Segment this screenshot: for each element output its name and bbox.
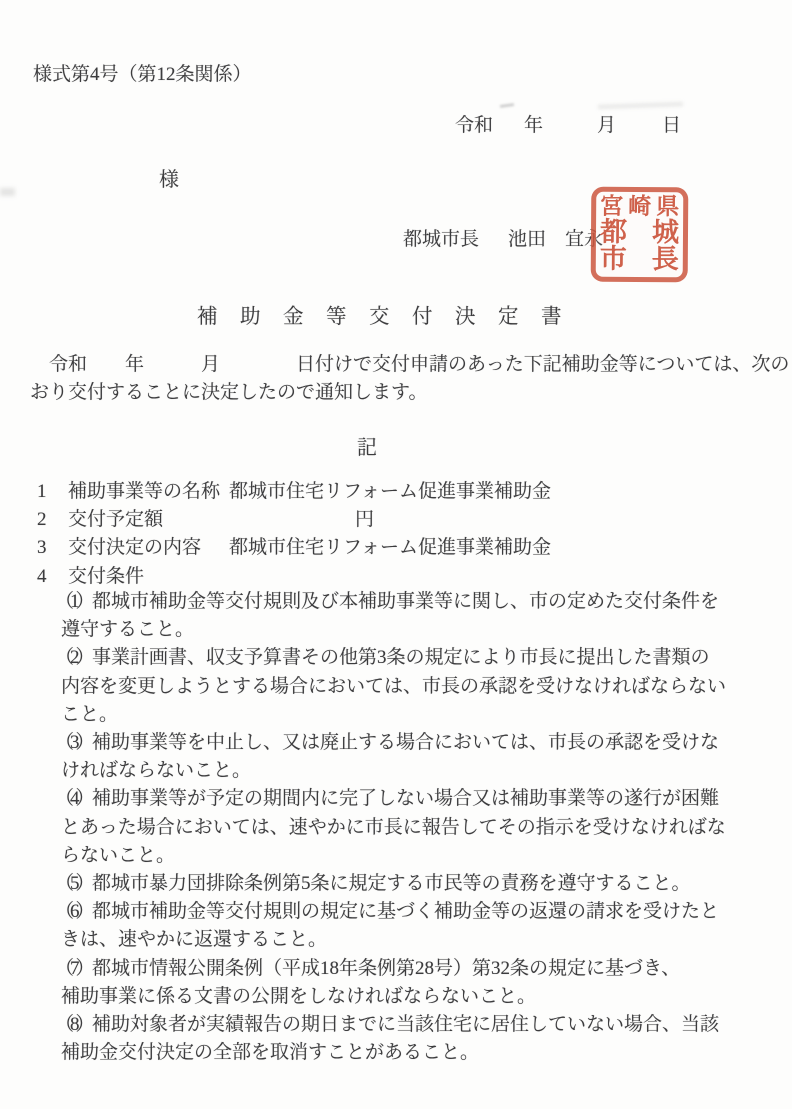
item-number: 3: [37, 534, 68, 562]
condition-line: 遵守すること。: [61, 619, 194, 640]
addressee-honorific: 様: [159, 163, 179, 192]
condition-number: （8）: [55, 1011, 92, 1039]
date-day-label: 日: [662, 110, 681, 137]
seal-row-prefecture: 宮崎県: [600, 195, 684, 219]
condition-line: 都城市暴力団排除条例第5条に規定する市民等の責務を遵守すること。: [92, 873, 691, 894]
date-line: 令和 年 月 日: [455, 110, 681, 137]
items-list: 1補助事業等の名称都城市住宅リフォーム促進事業補助金 2交付予定額円 3交付決定…: [37, 478, 551, 591]
condition-item: （6）都城市補助金等交付規則の規定に基づく補助金等の返還の請求を受けたと きは、…: [55, 898, 770, 954]
item-row-amount: 2交付予定額円: [37, 506, 551, 534]
scan-artifact: [598, 102, 683, 110]
sender-line: 都城市長 池田 宜永: [403, 224, 603, 251]
item-value: 都城市住宅リフォーム促進事業補助金: [229, 478, 551, 506]
item-number: 1: [37, 478, 68, 506]
condition-line: 補助対象者が実績報告の期日までに当該住宅に居住していない場合、当該: [92, 1014, 719, 1035]
seal-row-city: 都城: [600, 218, 704, 246]
scan-artifact: [0, 188, 15, 196]
condition-line: 都城市補助金等交付規則の規定に基づく補助金等の返還の請求を受けたと: [92, 901, 719, 922]
condition-number: （7）: [55, 955, 92, 983]
item-label: 補助事業等の名称: [68, 478, 229, 506]
condition-line: 補助事業に係る文書の公開をしなければならないこと。: [61, 986, 536, 1007]
item-row-decision: 3交付決定の内容都城市住宅リフォーム促進事業補助金: [37, 534, 551, 562]
condition-line: 事業計画書、収支予算書その他第3条の規定により市長に提出した書類の: [92, 647, 710, 668]
condition-number: （2）: [55, 644, 92, 672]
condition-line: 補助事業等が予定の期間内に完了しない場合又は補助事業等の遂行が困難: [92, 788, 719, 809]
condition-item: （5）都城市暴力団排除条例第5条に規定する市民等の責務を遵守すること。: [55, 870, 770, 898]
item-number: 4: [37, 563, 68, 591]
condition-number: （4）: [55, 785, 92, 813]
condition-number: （3）: [55, 729, 92, 757]
condition-line: ければならないこと。: [61, 760, 251, 781]
condition-line: らないこと。: [61, 845, 175, 866]
condition-item: （2）事業計画書、収支予算書その他第3条の規定により市長に提出した書類の 内容を…: [55, 644, 770, 729]
condition-line: こと。: [61, 704, 118, 725]
seal-row-mayor: 市長: [600, 246, 704, 274]
date-month-label: 月: [597, 110, 616, 137]
item-label: 交付予定額: [68, 506, 229, 534]
condition-item: （4）補助事業等が予定の期間内に完了しない場合又は補助事業等の遂行が困難 とあっ…: [55, 785, 770, 870]
sender-title: 都城市長: [403, 224, 479, 251]
date-era-label: 令和: [455, 110, 493, 137]
condition-number: （1）: [55, 588, 92, 616]
condition-line: きは、速やかに返還すること。: [61, 929, 327, 950]
item-number: 2: [37, 506, 68, 534]
official-seal: 宮崎県 都城 市長: [591, 187, 689, 283]
intro-paragraph: 令和 年 月 日付けで交付申請のあった下記補助金等については、次のと おり交付す…: [30, 351, 792, 408]
intro-line: 令和 年 月 日付けで交付申請のあった下記補助金等については、次のと: [30, 351, 792, 379]
condition-number: （6）: [55, 898, 92, 926]
item-value-yen: 円: [355, 506, 374, 534]
record-marker: 記: [357, 431, 377, 460]
condition-line: 補助金交付決定の全部を取消すことがあること。: [61, 1042, 479, 1063]
condition-item: （7）都城市情報公開条例（平成18年条例第28号）第32条の規定に基づき、 補助…: [55, 955, 770, 1011]
intro-line: おり交付することに決定したので通知します。: [30, 379, 792, 407]
document-title: 補 助 金 等 交 付 決 定 書: [197, 299, 563, 329]
condition-line: とあった場合においては、速やかに市長に報告してその指示を受けなければな: [61, 817, 726, 838]
condition-item: （8）補助対象者が実績報告の期日までに当該住宅に居住していない場合、当該 補助金…: [55, 1011, 770, 1067]
form-number: 様式第4号（第12条関係）: [33, 59, 252, 86]
condition-item: （3）補助事業等を中止し、又は廃止する場合においては、市長の承認を受けな ければ…: [55, 729, 770, 785]
sender-name: 池田 宜永: [508, 224, 603, 251]
condition-item: （1）都城市補助金等交付規則及び本補助事業等に関し、市の定めた交付条件を 遵守す…: [55, 588, 770, 644]
date-year-label: 年: [524, 110, 543, 137]
condition-line: 都城市情報公開条例（平成18年条例第28号）第32条の規定に基づき、: [92, 958, 680, 979]
item-row-name: 1補助事業等の名称都城市住宅リフォーム促進事業補助金: [37, 478, 551, 506]
item-label: 交付条件: [68, 563, 229, 591]
condition-number: （5）: [55, 870, 92, 898]
condition-line: 補助事業等を中止し、又は廃止する場合においては、市長の承認を受けな: [92, 732, 719, 753]
scan-artifact: [500, 103, 514, 108]
condition-line: 都城市補助金等交付規則及び本補助事業等に関し、市の定めた交付条件を: [92, 591, 719, 612]
item-value: 都城市住宅リフォーム促進事業補助金: [229, 534, 551, 562]
document-page: 様式第4号（第12条関係） 令和 年 月 日 様 都城市長 池田 宜永 宮崎県 …: [0, 0, 792, 1109]
item-row-conditions: 4交付条件: [37, 563, 551, 591]
conditions-list: （1）都城市補助金等交付規則及び本補助事業等に関し、市の定めた交付条件を 遵守す…: [55, 588, 770, 1067]
item-label: 交付決定の内容: [68, 534, 229, 562]
condition-line: 内容を変更しようとする場合においては、市長の承認を受けなければならない: [61, 676, 726, 697]
